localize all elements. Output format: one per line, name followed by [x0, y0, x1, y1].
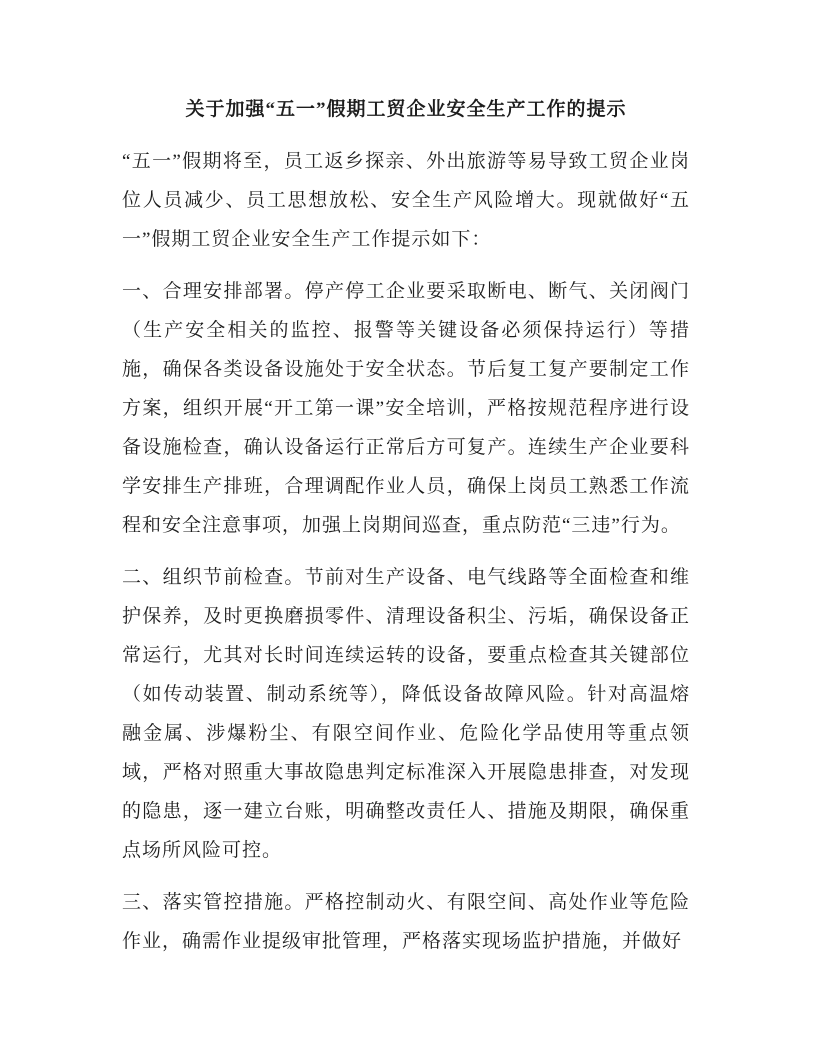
document-content: 关于加强“五一”假期工贸企业安全生产工作的提示 “五一”假期将至，员工返乡探亲、…	[122, 90, 690, 974]
document-title: 关于加强“五一”假期工贸企业安全生产工作的提示	[122, 90, 690, 129]
paragraph-intro: “五一”假期将至，员工返乡探亲、外出旅游等易导致工贸企业岗位人员减少、员工思想放…	[122, 142, 690, 259]
paragraph-section-2: 二、组织节前检查。节前对生产设备、电气线路等全面检查和维护保养，及时更换磨损零件…	[122, 558, 690, 870]
document-page: 关于加强“五一”假期工贸企业安全生产工作的提示 “五一”假期将至，员工返乡探亲、…	[0, 0, 816, 1056]
paragraph-section-1: 一、合理安排部署。停产停工企业要采取断电、断气、关闭阀门（生产安全相关的监控、报…	[122, 272, 690, 545]
paragraph-section-3: 三、落实管控措施。严格控制动火、有限空间、高处作业等危险作业，确需作业提级审批管…	[122, 883, 690, 961]
